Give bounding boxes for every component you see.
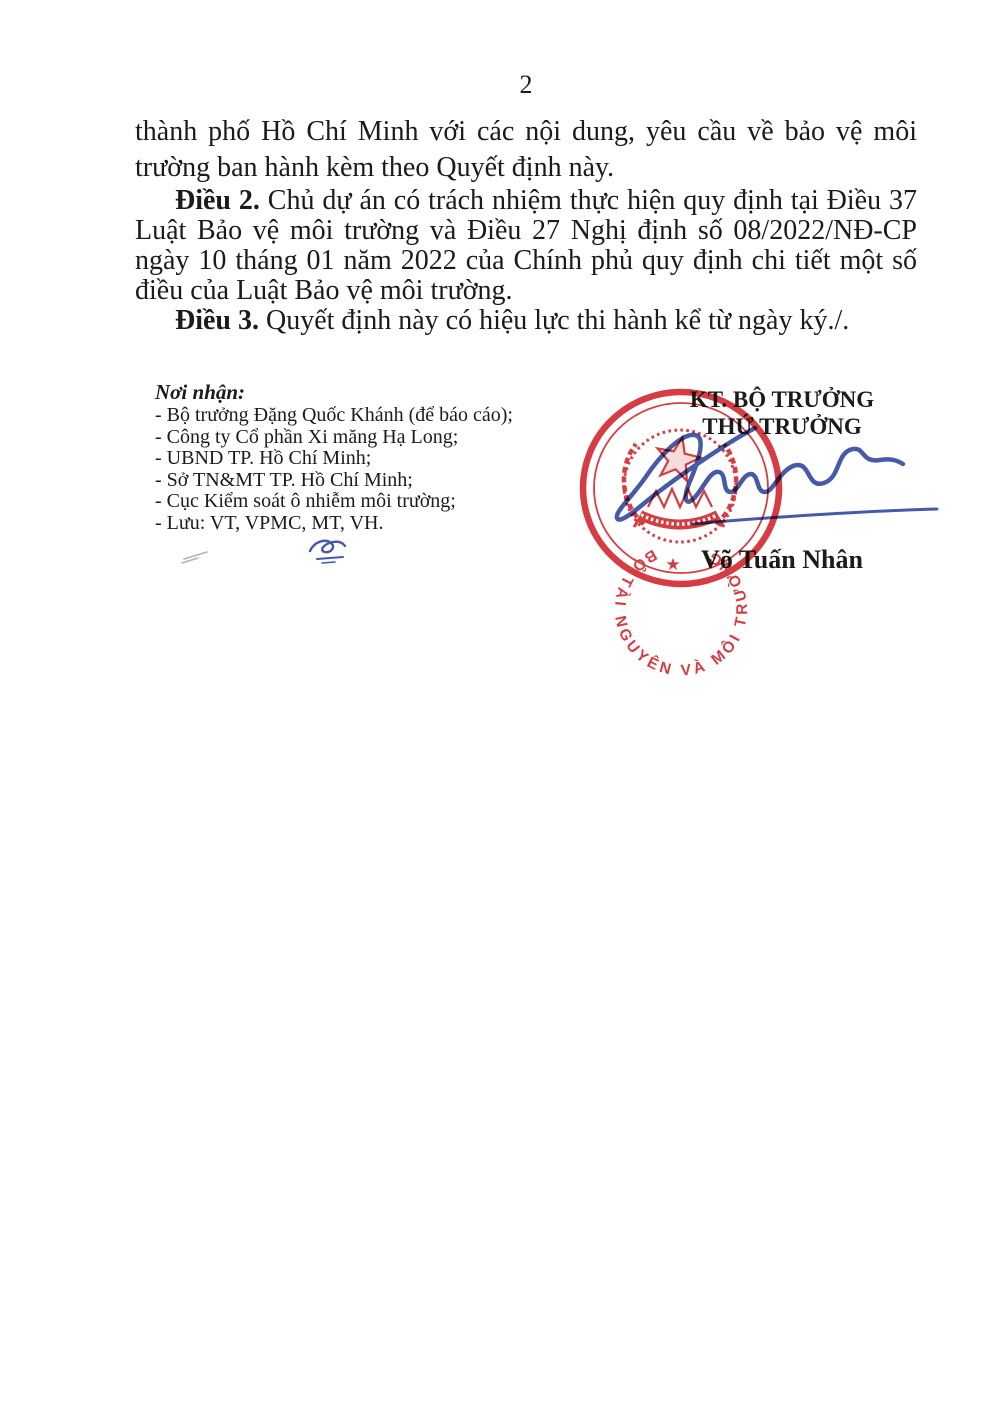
- signature-title-line2: THỨ TRƯỞNG: [632, 413, 932, 440]
- signature-underline: [693, 509, 937, 524]
- recipient-item: - Lưu: VT, VPMC, MT, VH.: [155, 513, 575, 535]
- document-page: 2 thành phố Hồ Chí Minh với các nội dung…: [0, 0, 1000, 1415]
- emblem-cog-teeth: [648, 489, 712, 507]
- recipient-item: - Sở TN&MT TP. Hồ Chí Minh;: [155, 470, 575, 492]
- recipients-label: Nơi nhận:: [155, 381, 575, 404]
- signer-name: Võ Tuấn Nhân: [632, 545, 932, 575]
- emblem-beaded-circle: [624, 430, 736, 542]
- paragraph-article-3: Điều 3. Quyết định này có hiệu lực thi h…: [135, 306, 917, 336]
- recipient-item: - Cục Kiểm soát ô nhiễm môi trường;: [155, 491, 575, 513]
- recipient-item: - Công ty Cổ phần Xi măng Hạ Long;: [155, 427, 575, 449]
- emblem-banner: [640, 515, 718, 525]
- signature-stroke: [617, 428, 903, 520]
- recipients-list: - Bộ trưởng Đặng Quốc Khánh (để báo cáo)…: [155, 405, 575, 534]
- paragraph-continuation: thành phố Hồ Chí Minh với các nội dung, …: [135, 114, 917, 186]
- pencil-mark: [182, 552, 207, 563]
- emblem-ribbon-left: [634, 516, 641, 527]
- paraph-underline-2: [322, 562, 335, 563]
- paraph-initials: [310, 541, 345, 563]
- stamp-emblem: [624, 430, 736, 542]
- recipient-item: - Bộ trưởng Đặng Quốc Khánh (để báo cáo)…: [155, 405, 575, 427]
- article-2-label: Điều 2.: [175, 185, 260, 216]
- signature-title: KT. BỘ TRƯỞNG THỨ TRƯỞNG: [632, 386, 932, 440]
- emblem-wreath-right: [716, 444, 736, 524]
- article-3-label: Điều 3.: [175, 305, 259, 336]
- article-3-text: Quyết định này có hiệu lực thi hành kể t…: [259, 305, 849, 336]
- emblem-star: [652, 433, 703, 483]
- emblem-ribbon-right: [717, 516, 724, 527]
- paraph-underline: [317, 557, 343, 559]
- page-number: 2: [135, 70, 917, 100]
- recipients-block: Nơi nhận: - Bộ trưởng Đặng Quốc Khánh (đ…: [155, 381, 575, 534]
- paragraph-article-2: Điều 2. Chủ dự án có trách nhiệm thực hi…: [135, 186, 917, 306]
- paraph-stroke: [310, 541, 345, 552]
- recipient-item: - UBND TP. Hồ Chí Minh;: [155, 448, 575, 470]
- document-body: thành phố Hồ Chí Minh với các nội dung, …: [135, 114, 917, 336]
- emblem-wreath-left: [624, 444, 644, 524]
- handwritten-signature: [617, 428, 937, 524]
- emblem-banner-text: [641, 515, 717, 524]
- signature-title-line1: KT. BỘ TRƯỞNG: [632, 386, 932, 413]
